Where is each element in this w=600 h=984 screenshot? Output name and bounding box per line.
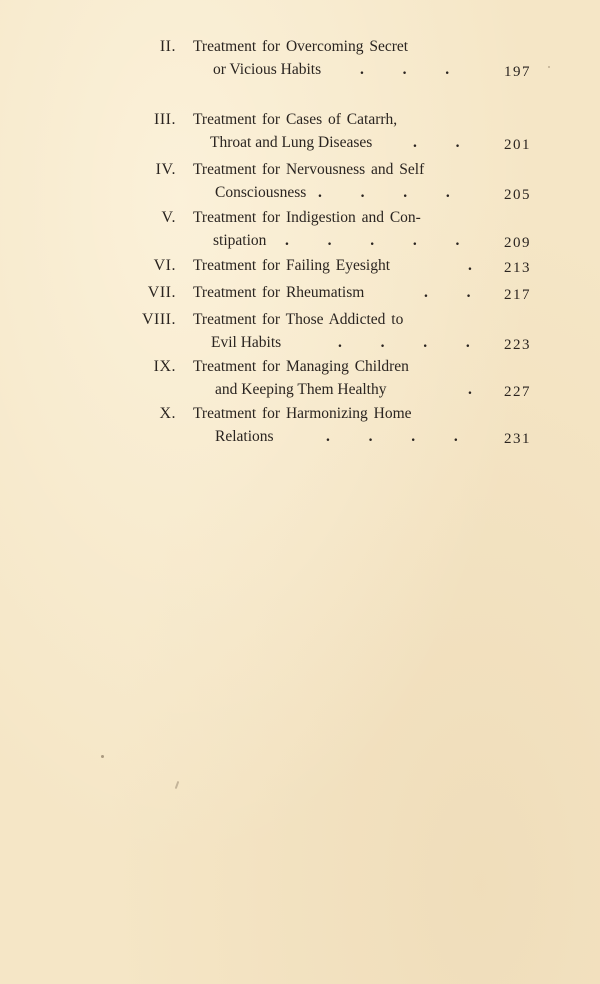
chapter-title-line2: and Keeping Them Healthy [215,380,386,400]
chapter-title-line1: Treatment for Harmonizing Home [193,404,412,424]
chapter-title-line1: Treatment for Nervousness and Self [193,160,424,180]
page-number: 227 [504,382,531,402]
chapter-numeral: X. [159,404,176,424]
leader-dots: . . . . [338,333,470,353]
chapter-numeral: VIII. [142,310,176,330]
chapter-title-line1: Treatment for Overcoming Secret [193,37,408,57]
chapter-title-line2: stipation [213,231,266,251]
page-number: 205 [504,185,531,205]
page-number: 217 [504,285,531,305]
chapter-numeral: VII. [148,283,176,303]
chapter-title-line2: Relations [215,427,274,447]
leader-dots: . [468,256,472,276]
chapter-title-line1: Treatment for Failing Eyesight [193,256,390,276]
book-page: II. Treatment for Overcoming Secret or V… [0,0,600,984]
leader-dots: . . [413,133,460,153]
leader-dots: . [468,380,472,400]
chapter-numeral: III. [154,110,176,130]
chapter-numeral: V. [162,208,177,228]
chapter-title-line1: Treatment for Those Addicted to [193,310,403,330]
page-number: 231 [504,429,531,449]
chapter-title-line1: Treatment for Rheumatism [193,283,364,303]
chapter-numeral: VI. [154,256,176,276]
leader-dots: . . . . . [285,231,459,251]
chapter-title-line2: or Vicious Habits [213,60,321,80]
chapter-numeral: IX. [154,357,176,377]
page-number: 197 [504,62,531,82]
page-number: 201 [504,135,531,155]
scan-speck [548,66,550,68]
page-number: 213 [504,258,531,278]
chapter-numeral: II. [160,37,176,57]
leader-dots: . . . [360,60,449,80]
scan-speck [175,781,180,789]
leader-dots: . . . . [326,427,458,447]
page-number: 209 [504,233,531,253]
chapter-title-line1: Treatment for Managing Children [193,357,409,377]
chapter-title-line2: Evil Habits [211,333,281,353]
chapter-title-line2: Consciousness [215,183,306,203]
chapter-numeral: IV. [156,160,176,180]
scan-speck [101,755,104,758]
leader-dots: . . . . [318,183,450,203]
leader-dots: . . [424,283,471,303]
chapter-title-line2: Throat and Lung Diseases [210,133,372,153]
chapter-title-line1: Treatment for Indigestion and Con- [193,208,421,228]
chapter-title-line1: Treatment for Cases of Catarrh, [193,110,397,130]
page-number: 223 [504,335,531,355]
